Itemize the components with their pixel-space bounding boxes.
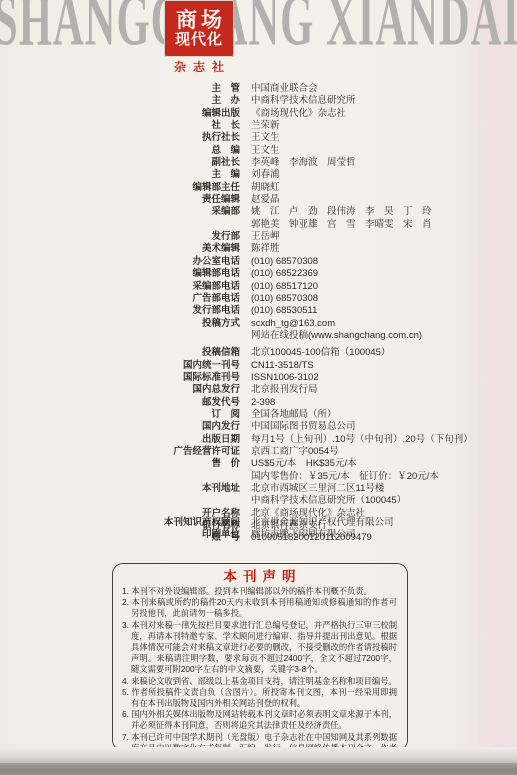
masthead-header: SHANGCHANG XIANDAIHUA: [0, 0, 517, 78]
field-value: 京西工商广字0054号: [251, 446, 339, 458]
info-row: 本刊地址北京市西城区三里河二区11号楼中商科学技术信息研究所（100045）: [0, 483, 517, 508]
notice-item: 5. 作者所投稿件文责自负（含图片）。所投寄本刊文图，本刊一经采用即拥有在本刊出…: [122, 687, 397, 709]
seal-caption: 杂志社: [158, 58, 240, 75]
notice-item: 3. 本刊对来稿一律先按栏目要求进行汇总编号登记，并严格执行三审三校制度，再请本…: [122, 620, 397, 676]
field-label: 责任编辑: [82, 194, 240, 206]
page-bottom-shade: [0, 747, 517, 763]
info-row: 执行社长王文生: [0, 132, 517, 144]
field-value: 2-398: [251, 397, 275, 409]
field-value-line: 全国各地邮局（所）: [251, 409, 337, 421]
info-row: 办公室电话(010) 68570308: [0, 256, 517, 268]
info-row: 副社长李英峰 李海波 周莹哲: [0, 157, 517, 169]
field-value-line: (010) 68570308: [251, 256, 318, 268]
field-label: 国内统一刊号: [82, 360, 240, 372]
field-value-line: 廊坊市鹏飞印刷有限公司: [251, 529, 356, 541]
info-row: 国内发行中国国际图书贸易总公司: [0, 421, 517, 433]
field-value-line: 2-398: [251, 397, 275, 409]
field-value: US$5元/本 HK$35元/本国内零售价：￥35元/本 征订价：￥20元/本: [251, 458, 439, 483]
notice-box: 本刊声明 1. 本刊不对外设编辑部。投到本刊编辑部以外的稿件本刊概不负责。2. …: [112, 563, 408, 751]
field-label: 主 编: [82, 169, 240, 181]
field-value-line: 中国商业联合会: [251, 83, 318, 95]
field-value-line: 京西工商广字0054号: [251, 446, 339, 458]
field-value-line: (010) 68530511: [251, 305, 317, 317]
info-row: 主 管中国商业联合会: [0, 83, 517, 95]
field-value: 王文生: [251, 145, 280, 157]
field-label: 出版日期: [82, 434, 240, 446]
field-value-line: 北京报刊发行局: [251, 384, 318, 396]
field-value-line: 王文生: [251, 132, 280, 144]
field-value-line: scxdh_tg@163.com: [251, 318, 422, 330]
field-value: 每月1号（上旬刊）.10号（中旬刊）.20号（下旬刊）: [251, 434, 473, 446]
field-label: 邮发代号: [82, 397, 240, 409]
info-row: 发行部王岳岬: [0, 231, 517, 243]
field-value-line: 《商场现代化》杂志社: [251, 108, 346, 120]
field-label: 总 编: [82, 145, 240, 157]
notice-item: 1. 本刊不对外设编辑部。投到本刊编辑部以外的稿件本刊概不负责。: [122, 586, 397, 597]
field-value: 兰荣新: [251, 120, 280, 132]
info-row: 采编部电话(010) 68517120: [0, 281, 517, 293]
info-row: 投稿信箱北京100045-100信箱（100045）: [0, 347, 517, 359]
field-value: 胡晓虹: [251, 182, 280, 194]
field-value-line: 刘春浦: [251, 169, 280, 181]
info-row: 社 长兰荣新: [0, 120, 517, 132]
masthead-background-text: SHANGCHANG XIANDAIHUA: [0, 0, 517, 63]
info-row: 国内总发行北京报刊发行局: [0, 384, 517, 396]
seal-row-2: 现代化: [175, 32, 223, 49]
field-value-line: 北京100045-100信箱（100045）: [251, 347, 390, 359]
field-label: 编辑出版: [82, 108, 240, 120]
field-value: 北京市西城区三里河二区11号楼中商科学技术信息研究所（100045）: [251, 483, 406, 508]
field-label: 广告经营许可证: [82, 446, 240, 458]
field-value: ISSN1006-3102: [251, 372, 319, 384]
field-label: 国内总发行: [82, 384, 240, 396]
info-row: 投稿方式scxdh_tg@163.com网站在线投稿(www.shangchan…: [0, 318, 517, 343]
field-value-line: 国内零售价：￥35元/本 征订价：￥20元/本: [251, 471, 439, 483]
field-value-line: (010) 68522369: [251, 268, 318, 280]
field-label: 办公室电话: [82, 256, 240, 268]
field-label: 国际标准刊号: [82, 372, 240, 384]
field-label: 本刊地址: [82, 483, 240, 508]
field-label: 发行部电话: [82, 305, 240, 317]
info-row: 责任编辑赵爱晶: [0, 194, 517, 206]
field-label: 采编部电话: [82, 281, 240, 293]
publication-info-list: 主 管中国商业联合会主 办中商科学技术信息研究所编辑出版《商场现代化》杂志社社 …: [0, 83, 517, 545]
field-label: 社 长: [82, 120, 240, 132]
field-value-line: CN11-3518/TS: [251, 360, 314, 372]
info-row: 广告部电话(010) 68570308: [0, 293, 517, 305]
info-row: 采编部姚 江 卢 劲 段伟涛 李 昊 丁 玲郭艳美 钟亚雄 宫 雪 李晴雯 宋 …: [0, 206, 517, 231]
field-value: 北京世金源知识产权代理有限公司: [251, 517, 394, 529]
field-value: 赵爱晶: [251, 194, 280, 206]
field-label: 采编部: [82, 206, 240, 231]
field-label: 发行部: [82, 231, 240, 243]
info-row: 总 编王文生: [0, 145, 517, 157]
field-value-line: (010) 68570308: [251, 293, 318, 305]
field-label: 编辑部电话: [82, 268, 240, 280]
field-value: 中国商业联合会: [251, 83, 318, 95]
field-label: 执行社长: [82, 132, 240, 144]
field-value-line: 陈祥胜: [251, 243, 280, 255]
field-label: 投稿方式: [82, 318, 240, 343]
info-row: 订 阅全国各地邮局（所）: [0, 409, 517, 421]
field-value-line: 王岳岬: [251, 231, 280, 243]
field-value-line: 胡晓虹: [251, 182, 280, 194]
field-value: 李英峰 李海波 周莹哲: [251, 157, 356, 169]
field-value-line: 李英峰 李海波 周莹哲: [251, 157, 356, 169]
field-label: 本刊知识产权顾问: [82, 517, 240, 529]
info-row: 美术编辑陈祥胜: [0, 243, 517, 255]
field-value: 刘春浦: [251, 169, 280, 181]
info-row: 出版日期每月1号（上旬刊）.10号（中旬刊）.20号（下旬刊）: [0, 434, 517, 446]
field-value-line: 北京市西城区三里河二区11号楼: [251, 483, 406, 495]
field-value-line: (010) 68517120: [251, 281, 318, 293]
info-row: 邮发代号2-398: [0, 397, 517, 409]
info-row: 编辑部电话(010) 68522369: [0, 268, 517, 280]
field-value-line: 北京世金源知识产权代理有限公司: [251, 517, 394, 529]
field-value: 陈祥胜: [251, 243, 280, 255]
field-value-line: 中国国际图书贸易总公司: [251, 421, 356, 433]
notice-item: 2. 本刊来稿或所约的稿件20天内未收到本刊用稿通知或修稿通知的作者可另投他刊，…: [122, 597, 397, 619]
field-value: (010) 68517120: [251, 281, 318, 293]
field-value: 王文生: [251, 132, 280, 144]
field-value: 全国各地邮局（所）: [251, 409, 337, 421]
field-value: (010) 68530511: [251, 305, 317, 317]
notice-title: 本刊声明: [122, 568, 397, 585]
field-label: 主 办: [82, 95, 240, 107]
field-value-line: 郭艳美 钟亚雄 宫 雪 李晴雯 宋 肖: [251, 219, 432, 231]
info-row: 主 编刘春浦: [0, 169, 517, 181]
field-value: 中商科学技术信息研究所: [251, 95, 356, 107]
magazine-colophon-page: SHANGCHANG XIANDAIHUA 商场 现代化 杂志社 主 管中国商业…: [0, 0, 517, 775]
field-label: 编辑部主任: [82, 182, 240, 194]
field-label: 印刷单位: [82, 529, 240, 541]
field-label: 主 管: [82, 83, 240, 95]
field-value-line: 中商科学技术信息研究所（100045）: [251, 495, 406, 507]
field-value-line: 赵爱晶: [251, 194, 280, 206]
field-value: 北京100045-100信箱（100045）: [251, 347, 390, 359]
field-value: 姚 江 卢 劲 段伟涛 李 昊 丁 玲郭艳美 钟亚雄 宫 雪 李晴雯 宋 肖: [251, 206, 432, 231]
info-row: 国内统一刊号CN11-3518/TS: [0, 360, 517, 372]
ip-row: 印刷单位廊坊市鹏飞印刷有限公司: [0, 529, 517, 541]
field-value: 廊坊市鹏飞印刷有限公司: [251, 529, 356, 541]
ip-row: 本刊知识产权顾问北京世金源知识产权代理有限公司: [0, 517, 517, 529]
field-label: 副社长: [82, 157, 240, 169]
field-value-line: 中商科学技术信息研究所: [251, 95, 356, 107]
info-row: 编辑出版《商场现代化》杂志社: [0, 108, 517, 120]
field-label: 投稿信箱: [82, 347, 240, 359]
notice-items: 1. 本刊不对外设编辑部。投到本刊编辑部以外的稿件本刊概不负责。2. 本刊来稿或…: [122, 586, 397, 751]
magazine-seal: 商场 现代化: [164, 0, 234, 57]
field-value-line: 王文生: [251, 145, 280, 157]
info-row: 主 办中商科学技术信息研究所: [0, 95, 517, 107]
info-row: 发行部电话(010) 68530511: [0, 305, 517, 317]
notice-item: 6. 国内外相关媒体出版物及网站转载本刊文章时必须表明文章来源于本刊，并必须征得…: [122, 709, 397, 731]
field-label: 美术编辑: [82, 243, 240, 255]
field-label: 国内发行: [82, 421, 240, 433]
field-value: scxdh_tg@163.com网站在线投稿(www.shangchang.co…: [251, 318, 422, 343]
notice-item: 4. 来稿论文收到省、部级以上基金项目支持，请注明基金名称和项目编号。: [122, 676, 397, 687]
field-value: (010) 68570308: [251, 293, 318, 305]
ip-info-list: 本刊知识产权顾问北京世金源知识产权代理有限公司印刷单位廊坊市鹏飞印刷有限公司: [0, 517, 517, 542]
info-row: 广告经营许可证京西工商广字0054号: [0, 446, 517, 458]
field-value: (010) 68570308: [251, 256, 318, 268]
field-value: 王岳岬: [251, 231, 280, 243]
field-value-line: US$5元/本 HK$35元/本: [251, 458, 439, 470]
info-row: 售 价US$5元/本 HK$35元/本国内零售价：￥35元/本 征订价：￥20元…: [0, 458, 517, 483]
field-value: 北京报刊发行局: [251, 384, 318, 396]
field-value-line: ISSN1006-3102: [251, 372, 319, 384]
field-label: 售 价: [82, 458, 240, 483]
field-value-line: 网站在线投稿(www.shangchang.com.cn): [251, 330, 422, 342]
seal-row-1: 商场: [176, 9, 226, 32]
field-value-line: 兰荣新: [251, 120, 280, 132]
field-value-line: 姚 江 卢 劲 段伟涛 李 昊 丁 玲: [251, 206, 432, 218]
field-label: 广告部电话: [82, 293, 240, 305]
info-row: 编辑部主任胡晓虹: [0, 182, 517, 194]
field-label: 订 阅: [82, 409, 240, 421]
field-value: 中国国际图书贸易总公司: [251, 421, 356, 433]
field-value: 《商场现代化》杂志社: [251, 108, 346, 120]
info-row: 国际标准刊号ISSN1006-3102: [0, 372, 517, 384]
page-bottom-edge: [0, 763, 517, 775]
field-value-line: 每月1号（上旬刊）.10号（中旬刊）.20号（下旬刊）: [251, 434, 473, 446]
field-value: (010) 68522369: [251, 268, 318, 280]
field-value: CN11-3518/TS: [251, 360, 314, 372]
